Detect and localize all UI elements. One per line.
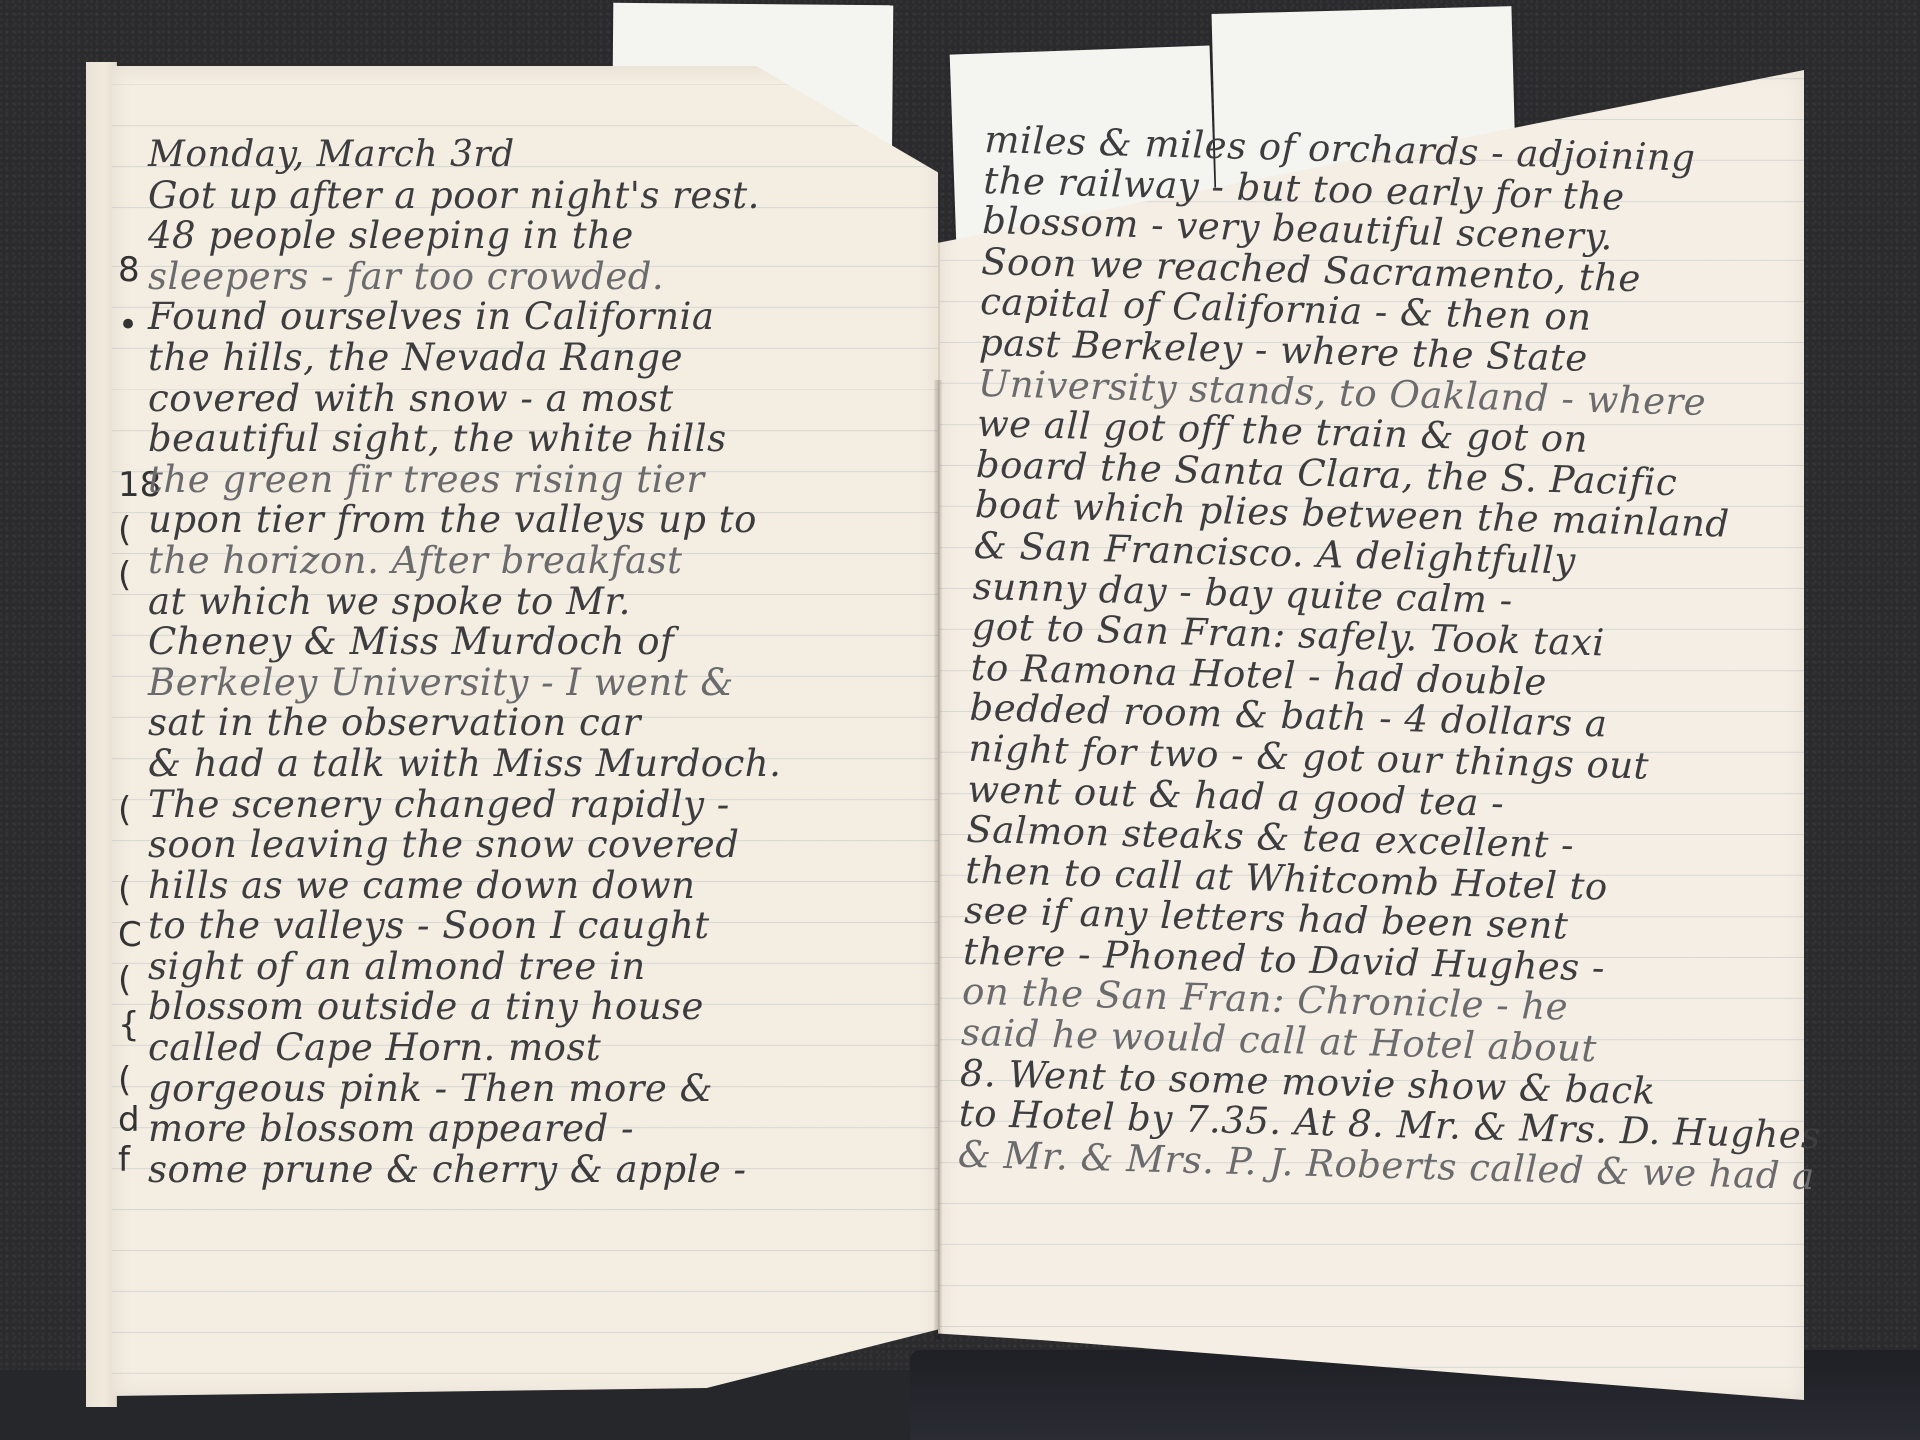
diary-date-heading: Monday, March 3rd [148, 135, 928, 176]
diary-line: soon leaving the snow covered [148, 825, 928, 866]
diary-line: The scenery changed rapidly - [148, 785, 928, 826]
diary-line: gorgeous pink - Then more & [148, 1069, 928, 1110]
diary-line: Cheney & Miss Murdoch of [148, 622, 928, 663]
diary-line: 48 people sleeping in the [148, 216, 928, 257]
margin-mark: { [118, 1005, 140, 1045]
diary-line: at which we spoke to Mr. [148, 582, 928, 623]
margin-mark: d [118, 1100, 140, 1140]
diary-line: covered with snow - a most [148, 379, 928, 420]
left-page-text: Monday, March 3rd Got up after a poor ni… [148, 135, 928, 1190]
margin-mark: ( [118, 960, 131, 1000]
diary-line: blossom outside a tiny house [148, 987, 928, 1028]
margin-mark: ( [118, 555, 131, 595]
diary-line: Berkeley University - I went & [148, 663, 928, 704]
margin-mark: ( [118, 790, 131, 830]
margin-mark: 8 [118, 250, 140, 290]
diary-line: the hills, the Nevada Range [148, 338, 928, 379]
diary-line: the horizon. After breakfast [148, 541, 928, 582]
margin-mark: C [118, 915, 142, 955]
margin-mark: • [118, 305, 138, 345]
margin-mark: ( [118, 870, 131, 910]
diary-line: called Cape Horn. most [148, 1028, 928, 1069]
notebook-gutter [934, 380, 942, 1340]
diary-line: more blossom appeared - [148, 1109, 928, 1150]
margin-mark: f [118, 1140, 130, 1180]
diary-line: some prune & cherry & apple - [148, 1150, 928, 1191]
margin-mark: ( [118, 1060, 131, 1100]
diary-line: Got up after a poor night's rest. [148, 176, 928, 217]
diary-line: Found ourselves in California [148, 297, 928, 338]
diary-line: to the valleys - Soon I caught [148, 906, 928, 947]
diary-line: sight of an almond tree in [148, 947, 928, 988]
right-page-text: miles & miles of orchards - adjoining th… [957, 120, 1764, 1195]
diary-line: sleepers - far too crowded. [148, 257, 928, 298]
diary-line: upon tier from the valleys up to [148, 500, 928, 541]
diary-line: & had a talk with Miss Murdoch. [148, 744, 928, 785]
diary-line: the green fir trees rising tier [148, 460, 928, 501]
diary-line: beautiful sight, the white hills [148, 419, 928, 460]
diary-line: hills as we came down down [148, 866, 928, 907]
margin-mark: ( [118, 510, 131, 550]
diary-line: sat in the observation car [148, 703, 928, 744]
